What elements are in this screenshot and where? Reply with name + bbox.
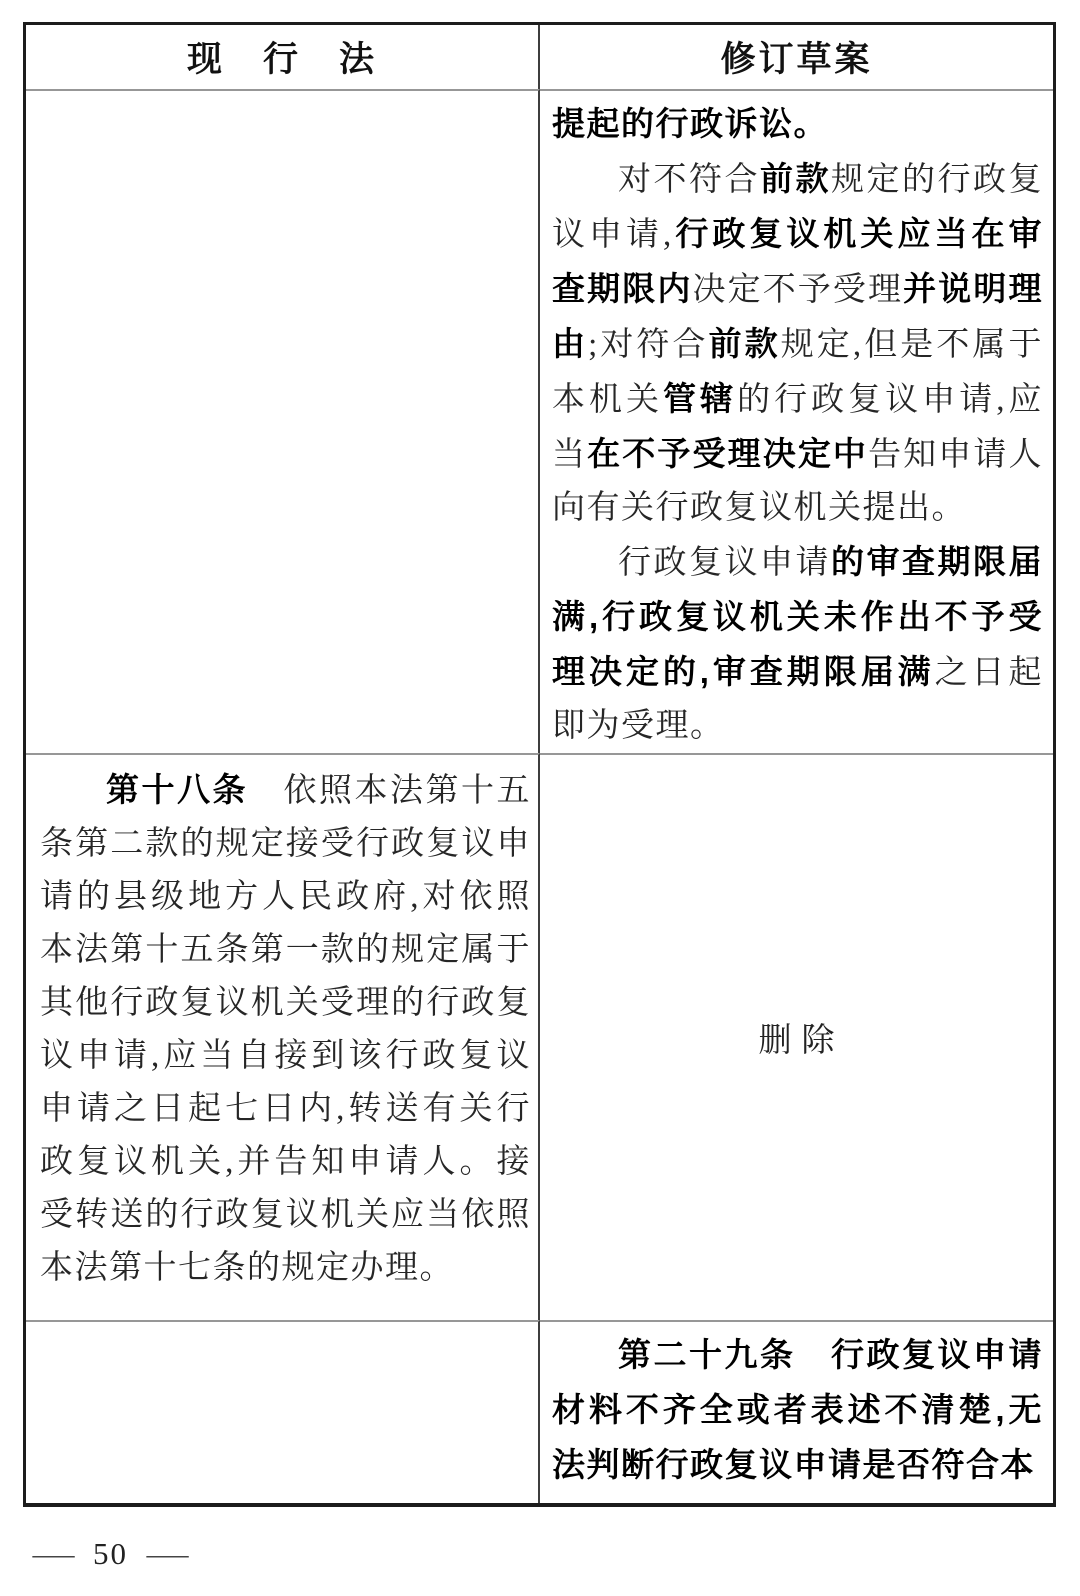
paragraph-article-18: 第十八条 依照本法第十五条第二款的规定接受行政复议申请的县级地方人民政府,对依照…	[40, 763, 531, 1295]
footer-dash-left: —	[33, 1536, 75, 1572]
paragraph-deadline-rule: 行政复议申请的审查期限届满,行政复议机关未作出不予受理决定的,审查期限届满之日起…	[552, 535, 1043, 753]
header-cell-revised-draft: 修订草案	[540, 25, 1053, 89]
row1-right-cell: 提起的行政诉讼。 对不符合前款规定的行政复议申请,行政复议机关应当在审查期限内决…	[540, 89, 1053, 753]
text-run: 决定不予受理	[692, 272, 903, 308]
comparison-table: 现 行 法 修订草案 提起的行政诉讼。 对不符合前款规定的行政复议申请,行政复议…	[23, 22, 1056, 1507]
header-cell-current-law: 现 行 法	[26, 25, 540, 89]
row1-left-cell-empty	[26, 89, 540, 753]
header-label-current-law: 现 行 法	[187, 32, 377, 82]
document-page: 现 行 法 修订草案 提起的行政诉讼。 对不符合前款规定的行政复议申请,行政复议…	[0, 0, 1080, 1596]
footer-dash-right: —	[147, 1536, 189, 1572]
header-label-revised-draft: 修订草案	[720, 32, 872, 82]
emphasized-run: 前款	[760, 160, 831, 197]
delete-label: 删除	[749, 1014, 845, 1061]
text-run: 行政复议申请	[618, 545, 831, 581]
row2-right-cell: 删除	[540, 753, 1053, 1320]
text-run: 依照本法第十五条第二款的规定接受行政复议申请的县级地方人民政府,对依照本法第十五…	[40, 773, 531, 1286]
page-number: 50	[93, 1536, 128, 1572]
paragraph-article-29: 第二十九条 行政复议申请材料不齐全或者表述不清楚,无法判断行政复议申请是否符合本	[552, 1328, 1043, 1493]
emphasized-run: 在不予受理决定中	[587, 435, 868, 472]
text-run: 对不符合	[618, 162, 760, 198]
emphasized-run: 管辖	[663, 380, 737, 417]
emphasized-run: 前款	[709, 325, 781, 362]
emphasized-run: 提起的行政诉讼。	[552, 105, 828, 142]
emphasized-run: 第十八条	[106, 771, 248, 808]
row2-left-cell: 第十八条 依照本法第十五条第二款的规定接受行政复议申请的县级地方人民政府,对依照…	[26, 753, 540, 1320]
text-run: ;对符合	[588, 327, 708, 363]
paragraph-continuation: 提起的行政诉讼。	[552, 97, 1043, 152]
page-footer: — 50 —	[38, 1534, 183, 1574]
row3-left-cell-empty	[26, 1320, 540, 1503]
row3-right-cell: 第二十九条 行政复议申请材料不齐全或者表述不清楚,无法判断行政复议申请是否符合本	[540, 1320, 1053, 1503]
emphasized-run: 第二十九条 行政复议申请材料不齐全或者表述不清楚,无法判断行政复议申请是否符合本	[552, 1336, 1043, 1483]
paragraph-review-rules: 对不符合前款规定的行政复议申请,行政复议机关应当在审查期限内决定不予受理并说明理…	[552, 152, 1043, 535]
